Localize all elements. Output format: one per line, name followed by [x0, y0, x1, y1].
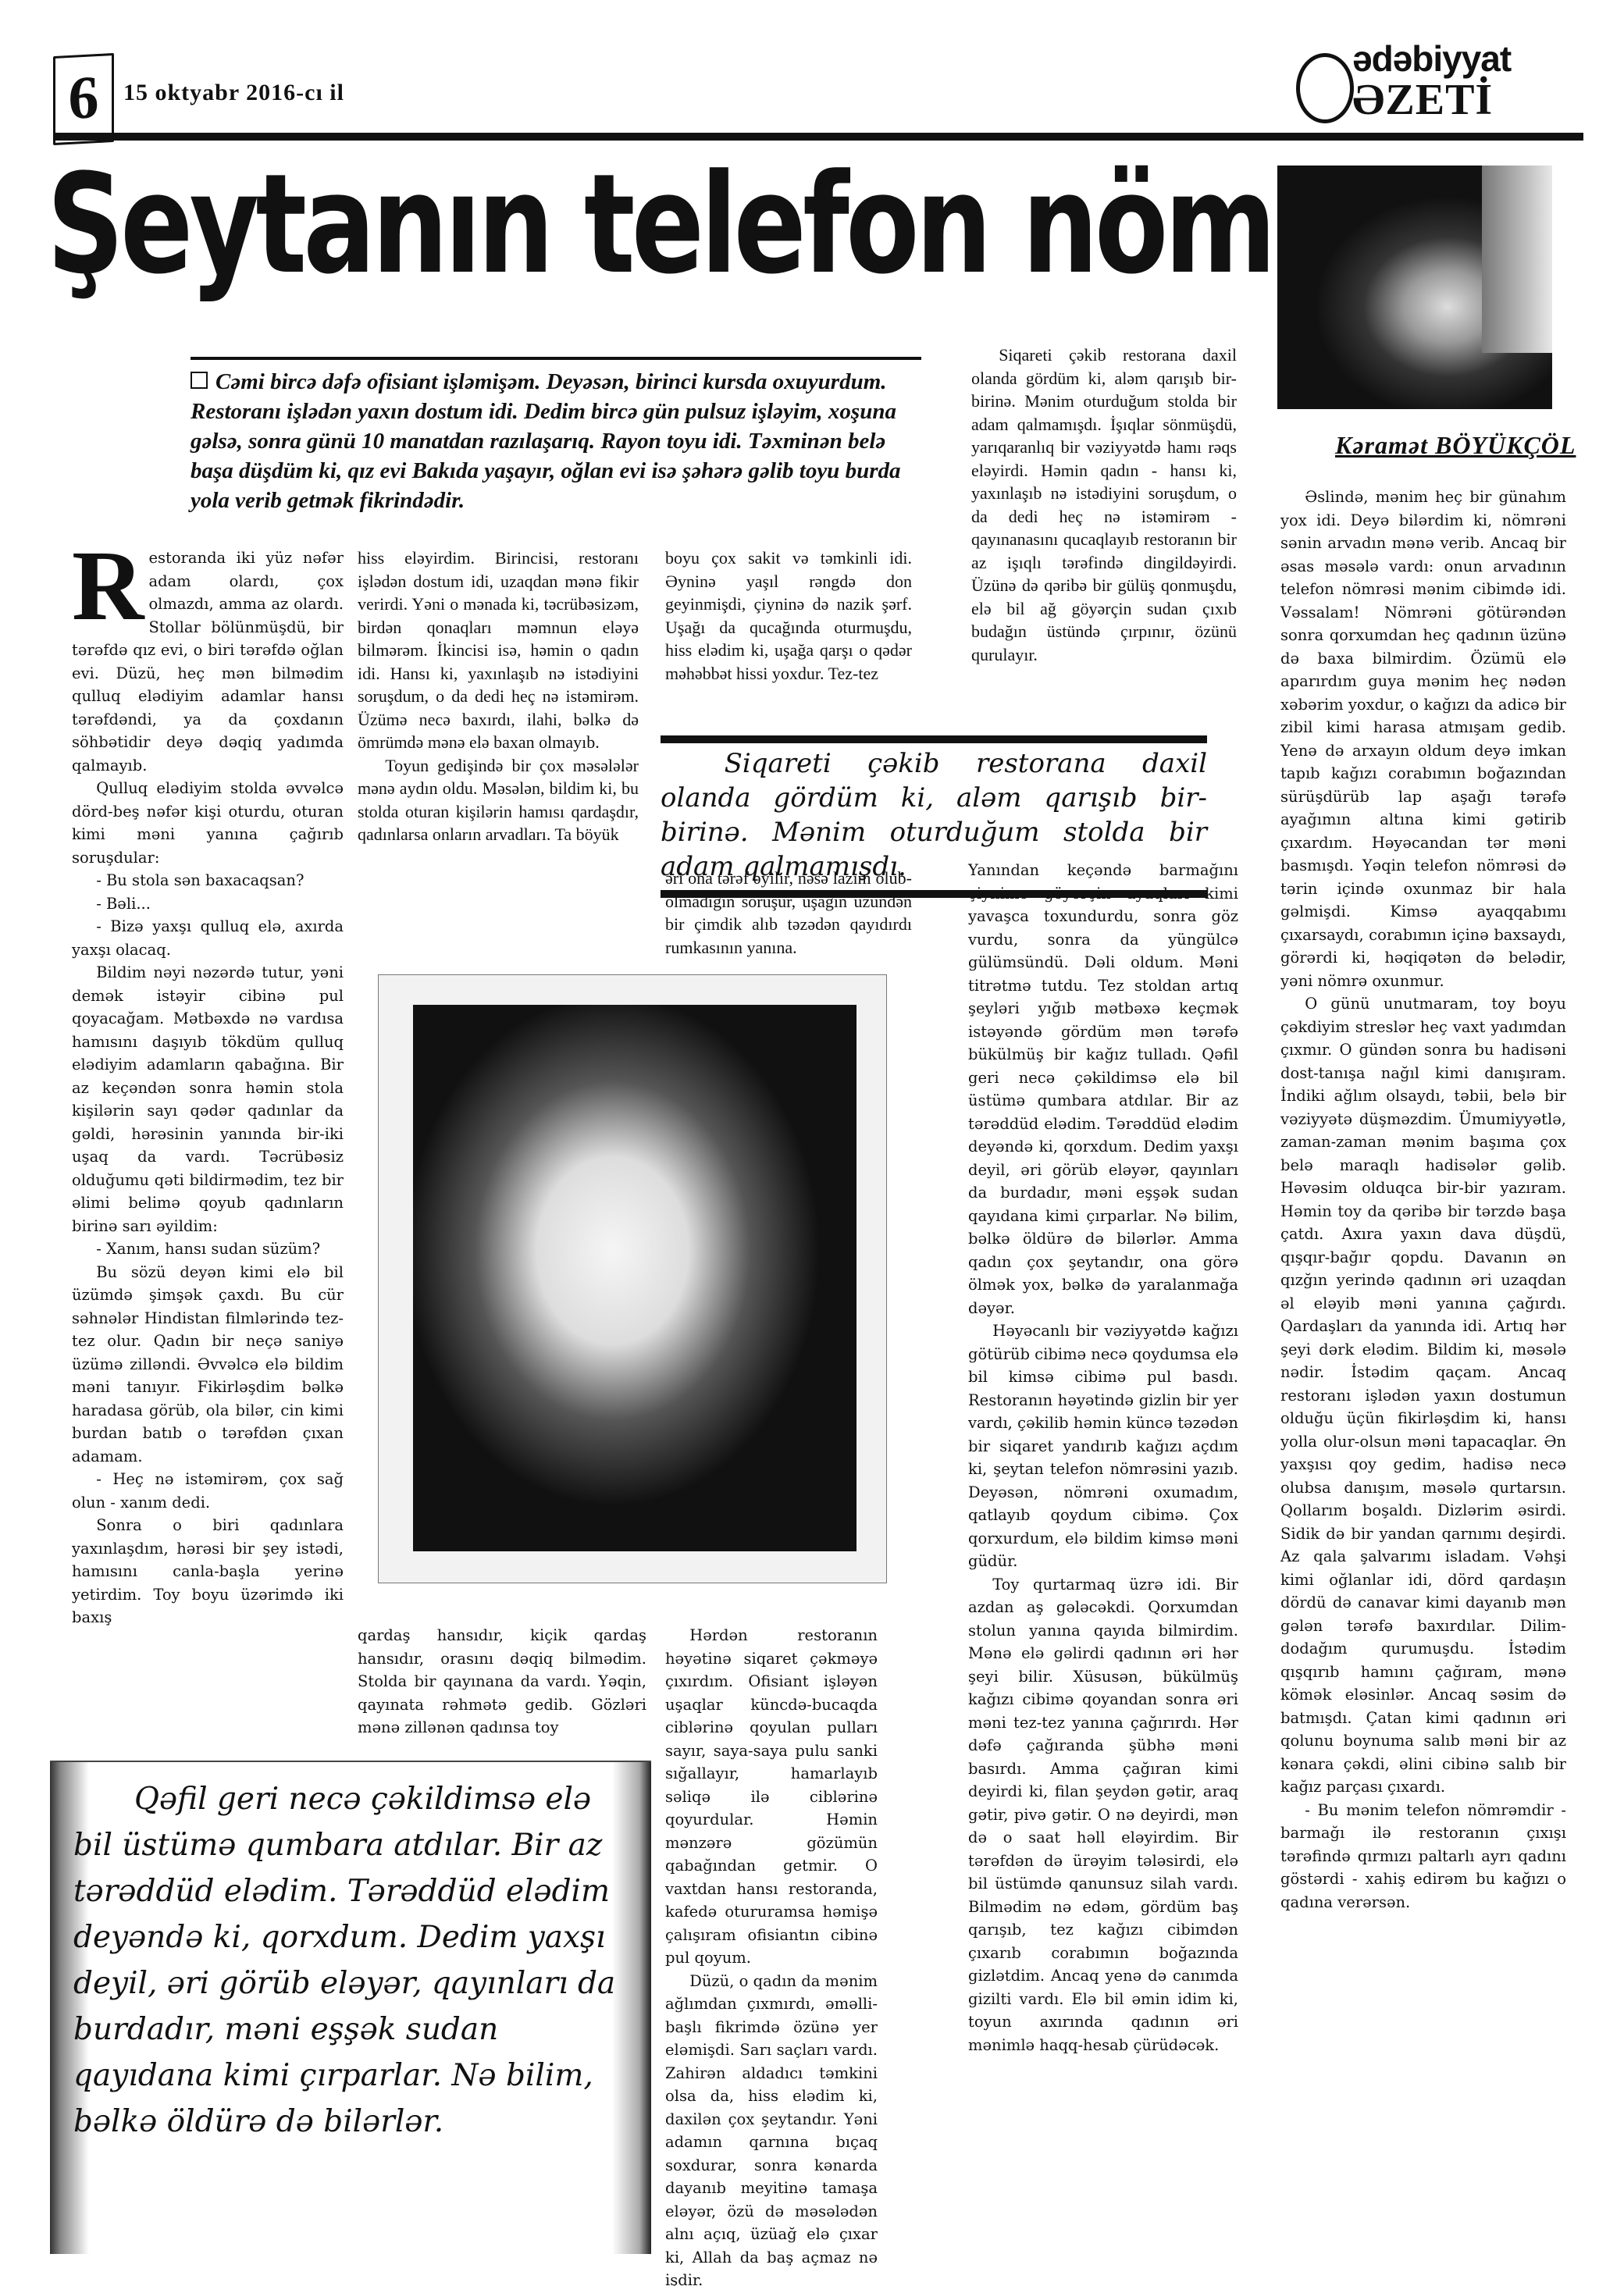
- paragraph: Qulluq elədiyim stolda əvvəlcə dörd-beş …: [72, 777, 344, 869]
- drop-cap: R: [72, 550, 144, 621]
- paragraph: - Bəli...: [72, 892, 344, 916]
- column-5: Əslində, mənim heç bir günahım yox idi. …: [1280, 486, 1566, 1914]
- paragraph: - Bu mənim telefon nömrəmdir - barmağı i…: [1280, 1799, 1566, 1914]
- paragraph: Toyun gedişində bir çox məsələlər mənə a…: [358, 754, 639, 846]
- masthead-rule: [53, 133, 1583, 141]
- intro-rule: [191, 357, 921, 360]
- paragraph: - Bizə yaxşı qulluq elə, axırda yaxşı ol…: [72, 915, 344, 961]
- paragraph: boyu çox sakit və təmkinli idi. Əyninə y…: [665, 547, 912, 685]
- page-number: 6: [53, 53, 114, 145]
- article-intro: Cəmi bircə dəfə ofisiant işləmişəm. Deyə…: [191, 367, 924, 515]
- author-name: Kəramət BÖYÜKÇÖL: [1335, 431, 1576, 460]
- pull-quote-2: Qəfil geri necə çəkildimsə elə bil üstüm…: [50, 1761, 651, 2254]
- logo-line-1: ədəbiyyat: [1352, 37, 1511, 80]
- intro-text: Cəmi bircə dəfə ofisiant işləmişəm. Deyə…: [191, 369, 900, 513]
- paragraph: - Xanım, hansı sudan süzüm?: [72, 1237, 344, 1261]
- column-4-top: Siqareti çəkib restorana daxil olanda gö…: [971, 344, 1237, 666]
- emblem-icon: [1296, 53, 1354, 123]
- paragraph: Siqareti çəkib restorana daxil olanda gö…: [971, 344, 1237, 666]
- paragraph: Düzü, o qadın da mənim ağlımdan çıxmırdı…: [665, 1970, 878, 2286]
- paragraph: hiss eləyirdim. Birincisi, restoranı işl…: [358, 547, 639, 754]
- paragraph: Toy qurtarmaq üzrə idi. Bir azdan aş gəl…: [968, 1573, 1238, 2057]
- author-photo: [1277, 166, 1552, 409]
- issue-date: 15 oktyabr 2016-cı il: [123, 80, 344, 106]
- paragraph: - Heç nə istəmirəm, çox sağ olun - xanım…: [72, 1468, 344, 1514]
- paragraph: Bildim nəyi nəzərdə tutur, yəni demək is…: [72, 961, 344, 1237]
- pull-quote-text: Qəfil geri necə çəkildimsə elə bil üstüm…: [73, 1776, 620, 2145]
- column-2-top: hiss eləyirdim. Birincisi, restoranı işl…: [358, 547, 639, 846]
- column-1: Restoranda iki yüz nəfər adam olardı, ço…: [72, 547, 344, 1629]
- paragraph: Yanından keçəndə barmağını çiynimə göyər…: [968, 859, 1238, 1319]
- column-3-bottom: Hərdən restoranın həyətinə siqaret çəkmə…: [665, 1624, 878, 2286]
- pull-quote-1: Siqareti çəkib restorana daxil olanda gö…: [661, 735, 1207, 898]
- paragraph: - Bu stola sən baxacaqsan?: [72, 869, 344, 892]
- paragraph: qardaş hansıdır, kiçik qardaş hansıdır, …: [358, 1624, 646, 1739]
- paragraph: Həyəcanlı bir vəziyyətdə kağızı götürüb …: [968, 1319, 1238, 1573]
- illustration-artwork: [378, 974, 887, 1583]
- paragraph: Hərdən restoranın həyətinə siqaret çəkmə…: [665, 1624, 878, 1970]
- paragraph: Sonra o biri qadınlara yaxınlaşdım, hərə…: [72, 1514, 344, 1629]
- paragraph: Əslində, mənim heç bir günahım yox idi. …: [1280, 486, 1566, 992]
- newspaper-logo: ədəbiyyat ƏZETİ: [1288, 37, 1546, 123]
- column-4-bottom: Yanından keçəndə barmağını çiynimə göyər…: [968, 859, 1238, 2056]
- article-headline: Şeytanın telefon nömrəsi: [47, 156, 1484, 294]
- paragraph: Bu sözü deyən kimi elə bil üzümdə şimşək…: [72, 1261, 344, 1469]
- abstract-painting: [413, 1005, 857, 1551]
- logo-line-2: ƏZETİ: [1352, 75, 1493, 125]
- column-3-top: boyu çox sakit və təmkinli idi. Əyninə y…: [665, 547, 912, 685]
- column-2-bottom: qardaş hansıdır, kiçik qardaş hansıdır, …: [358, 1624, 646, 1739]
- paragraph: Restoranda iki yüz nəfər adam olardı, ço…: [72, 547, 344, 777]
- pull-quote-text: Siqareti çəkib restorana daxil olanda gö…: [661, 746, 1207, 884]
- paragraph: O günü unutmaram, toy boyu çəkdiyim stre…: [1280, 992, 1566, 1799]
- square-bullet-icon: [191, 372, 208, 389]
